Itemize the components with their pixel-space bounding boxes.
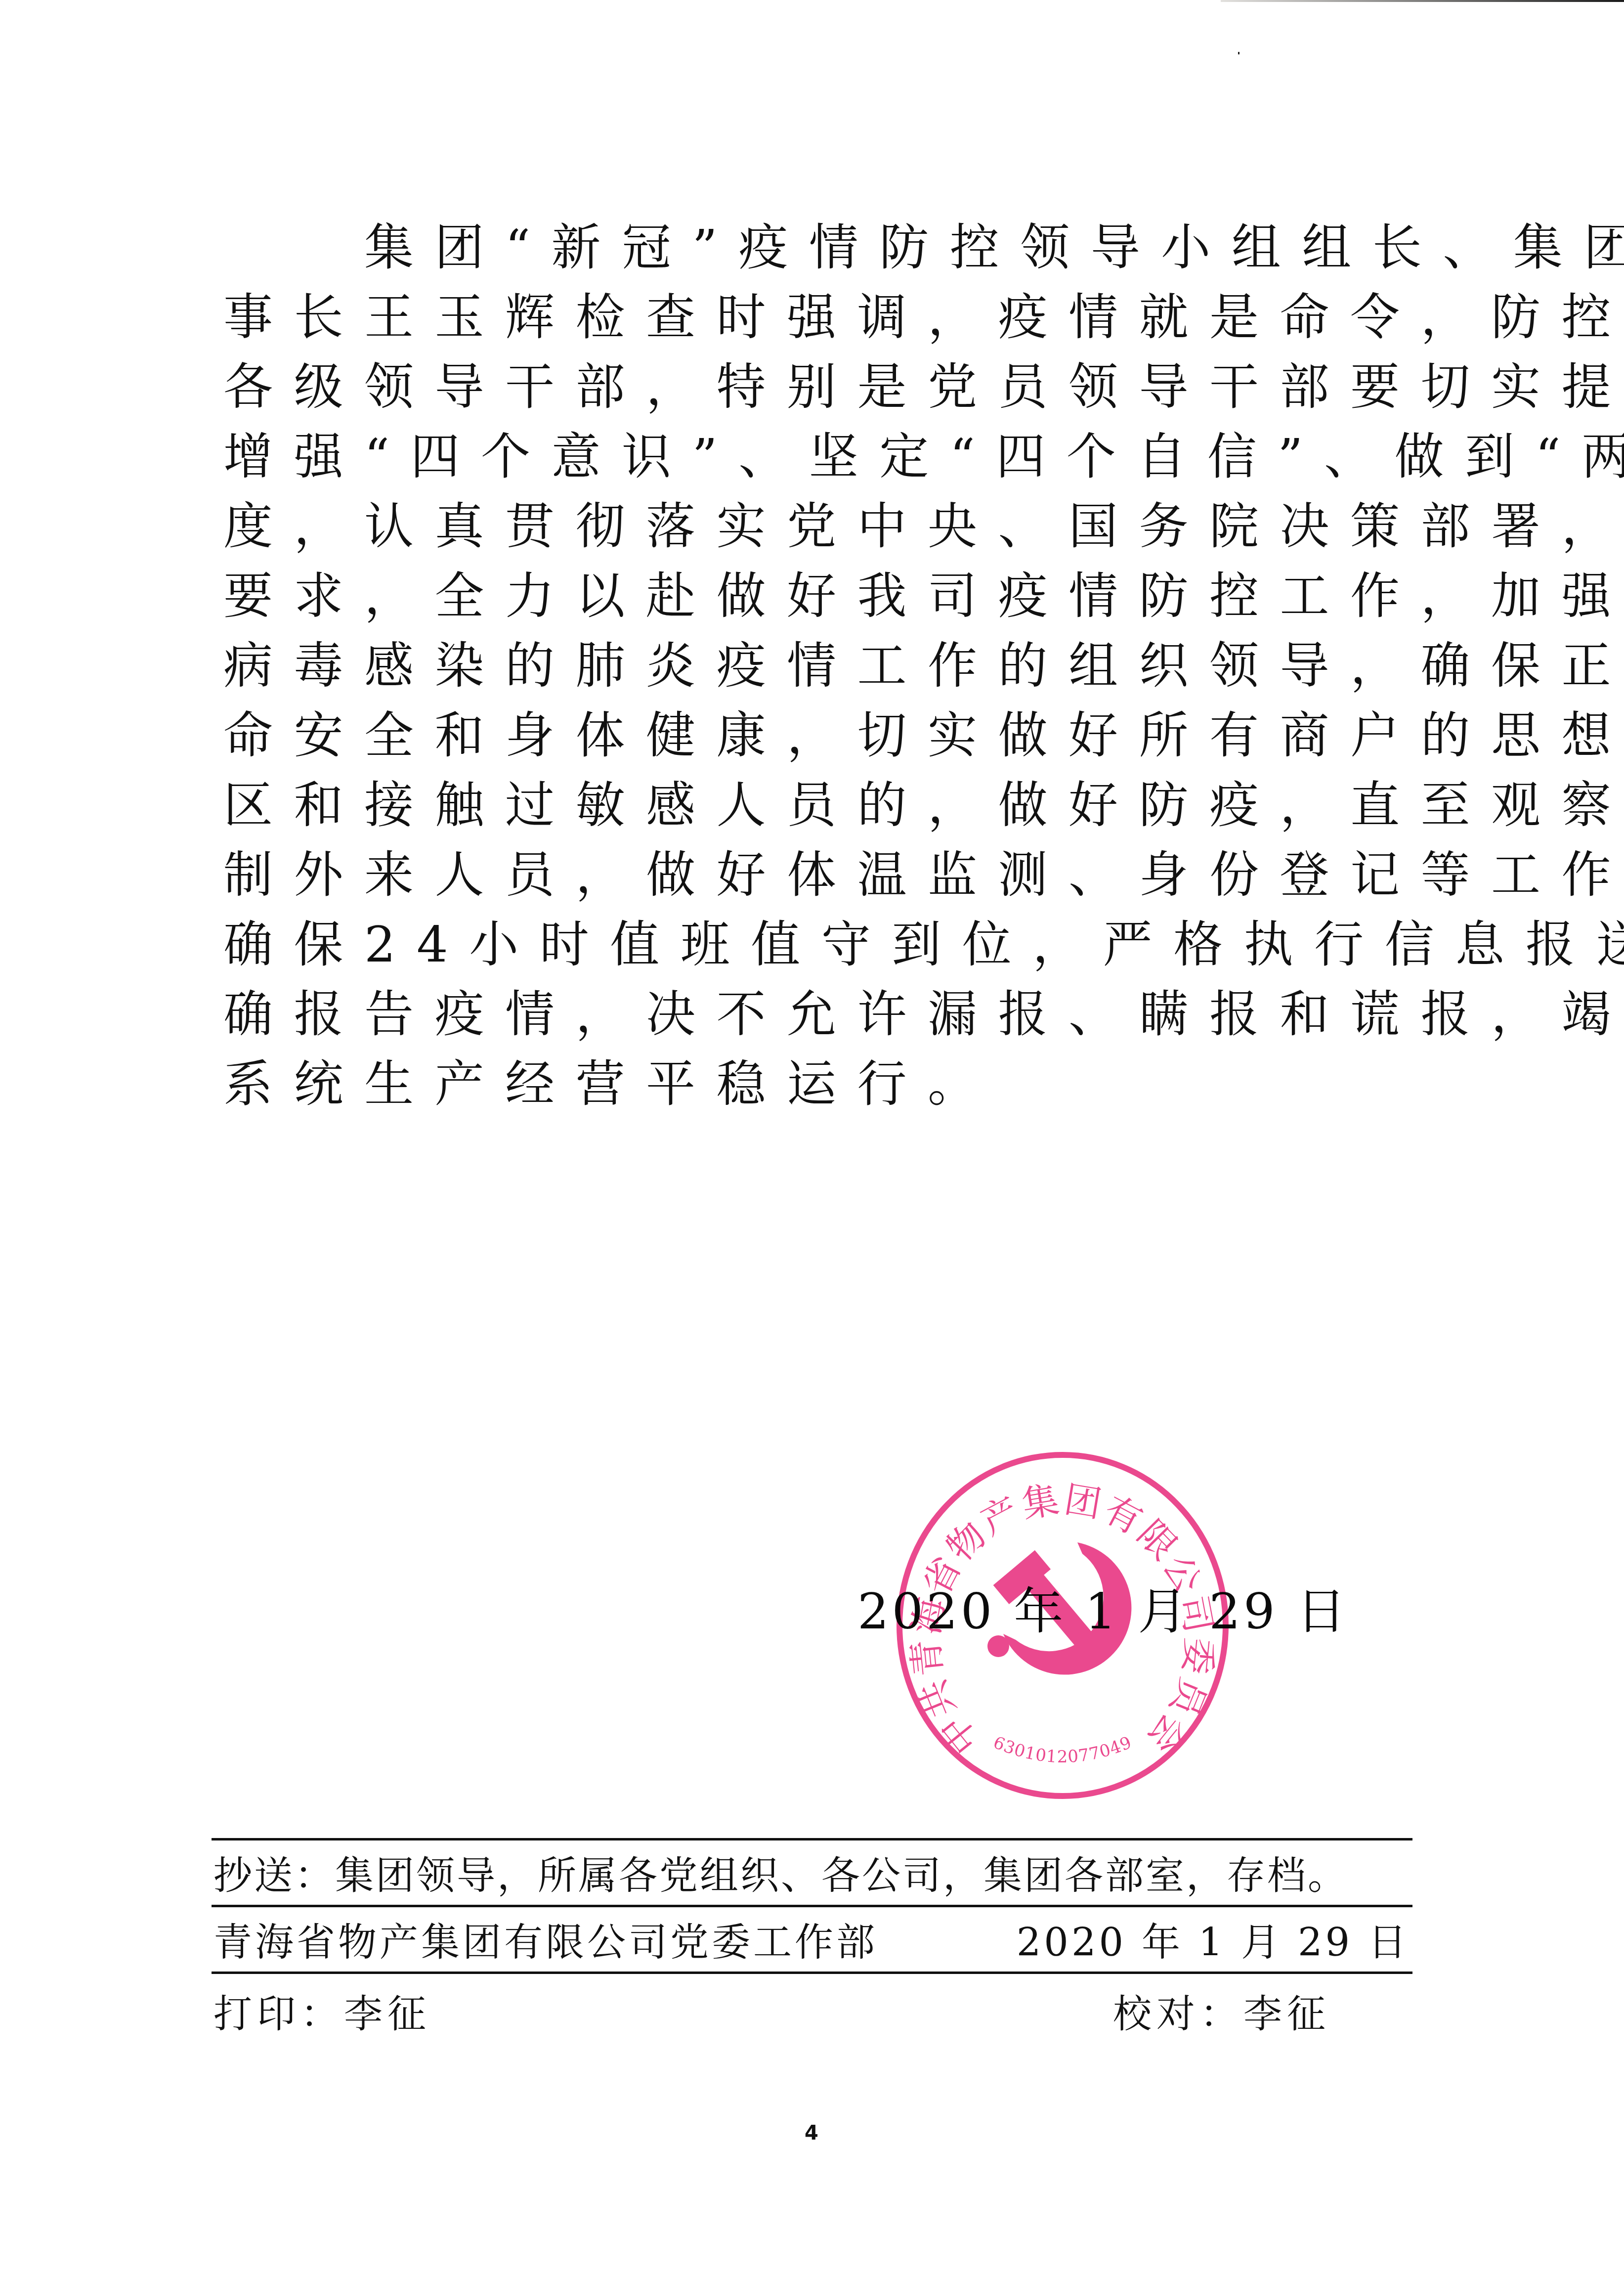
cc-label: 抄送： <box>214 1854 335 1898</box>
printed-by-name: 李征 <box>344 1992 431 2037</box>
issuing-department: 青海省物产集团有限公司党委工作部 <box>214 1918 878 1968</box>
body-paragraph: 集团“新冠”疫情防控领导小组组长、集团党委书记、董 事长王玉辉检查时强调，疫情就… <box>223 213 1424 1119</box>
footer-rule-bottom <box>212 1971 1412 1974</box>
footer-rule-top <box>212 1838 1412 1840</box>
body-line: 度，认真贯彻落实党中央、国务院决策部署，切实按照省委的 <box>223 491 1424 561</box>
body-line: 要求，全力以赴做好我司疫情防控工作，加强对防控新型冠状 <box>223 561 1424 631</box>
scan-speck-artifact <box>1238 52 1239 54</box>
footer-rule-middle <box>212 1905 1412 1907</box>
body-line: 制外来人员，做好体温监测、身份登记等工作。所属各公司要 <box>223 840 1424 910</box>
printed-by-label: 打印： <box>214 1992 344 2037</box>
body-line: 区和接触过敏感人员的，做好防疫，直至观察期结束。严格控 <box>223 770 1424 840</box>
checked-by-name: 李征 <box>1243 1992 1330 2037</box>
body-line: 各级领导干部，特别是党员领导干部要切实提高政治站位，从 <box>223 352 1424 422</box>
body-line: 确保24小时值班值守到位，严格执行信息报送制度，及时、准 <box>223 910 1424 979</box>
official-seal: 中共青海省物产集团有限公司委员会 6301012077049 <box>896 1451 1230 1800</box>
checked-by-label: 校对： <box>1113 1992 1243 2037</box>
scan-edge-artifact <box>1221 0 1624 2</box>
hammer-and-sickle-icon <box>987 1542 1131 1675</box>
cc-recipients: 集团领导，所属各党组织、各公司，集团各部室，存档。 <box>335 1854 1348 1898</box>
body-line: 命安全和身体健康，切实做好所有商户的思想工作，对去过疫 <box>223 701 1424 770</box>
cc-row: 抄送：集团领导，所属各党组织、各公司，集团各部室，存档。 <box>214 1851 1413 1901</box>
body-line: 增强“四个意识”、坚定“四个自信”、做到“两个维护”的高 <box>223 422 1424 491</box>
checked-by: 校对：李征 <box>1113 1990 1330 2039</box>
page-number: 4 <box>805 2121 818 2146</box>
issue-date: 2020 年 1 月 29 日 <box>1017 1918 1410 1968</box>
body-line: 确报告疫情，决不允许漏报、瞒报和谎报，竭尽全力确保集团 <box>223 979 1424 1049</box>
printed-by: 打印：李征 <box>214 1990 431 2039</box>
body-line: 事长王玉辉检查时强调，疫情就是命令，防控就是责任。集团 <box>223 282 1424 352</box>
body-line: 集团“新冠”疫情防控领导小组组长、集团党委书记、董 <box>223 213 1424 282</box>
body-line: 病毒感染的肺炎疫情工作的组织领导，确保正常上班人员的生 <box>223 631 1424 701</box>
body-line: 系统生产经营平稳运行。 <box>223 1049 1424 1119</box>
seal-code: 6301012077049 <box>990 1733 1135 1767</box>
